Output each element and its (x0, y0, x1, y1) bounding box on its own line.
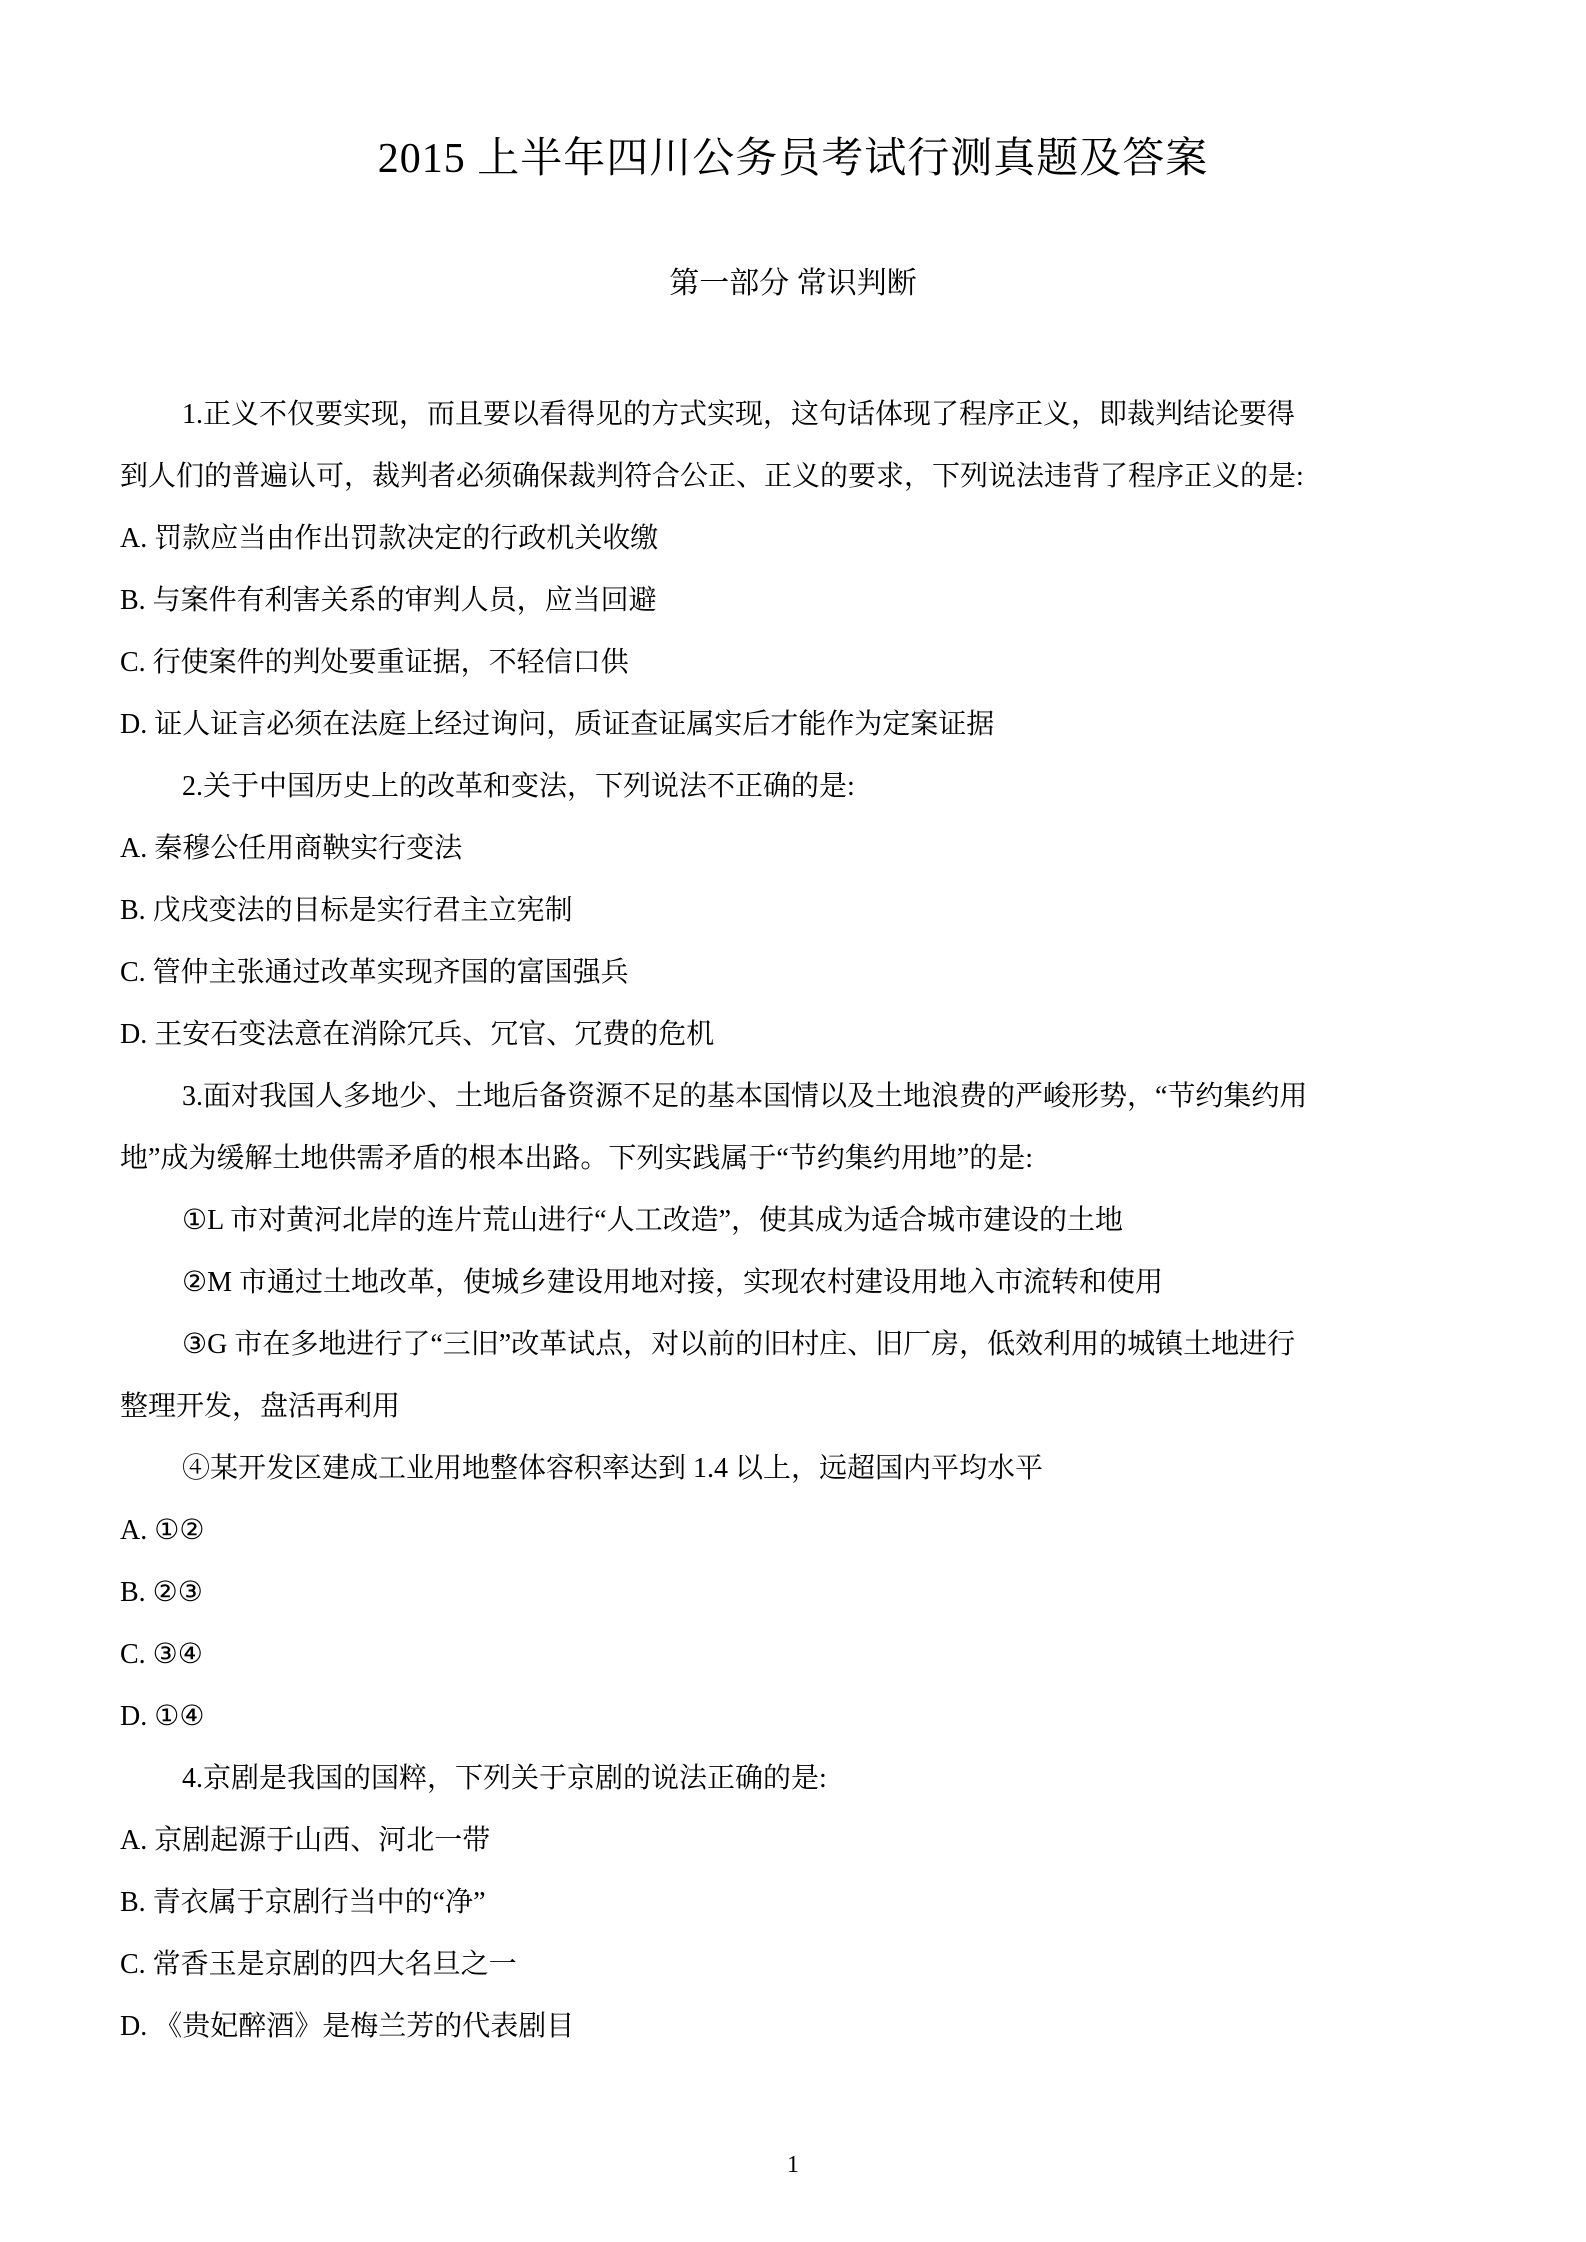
document-title: 2015 上半年四川公务员考试行测真题及答案 (0, 134, 1586, 184)
document-page: 2015 上半年四川公务员考试行测真题及答案 第一部分 常识判断 1.正义不仅要… (0, 0, 1586, 2242)
section-heading: 第一部分 常识判断 (0, 266, 1586, 302)
question-4-option-d: D. 《贵妃醉酒》是梅兰芳的代表剧目 (120, 1996, 1320, 2058)
question-2-option-c: C. 管仲主张通过改革实现齐国的富国强兵 (120, 942, 1320, 1004)
question-4-stem: 4.京剧是我国的国粹，下列关于京剧的说法正确的是: (120, 1748, 1320, 1810)
question-1-option-d: D. 证人证言必须在法庭上经过询问，质证查证属实后才能作为定案证据 (120, 694, 1320, 756)
question-3-option-b: B. ②③ (120, 1562, 1320, 1624)
question-4-option-b: B. 青衣属于京剧行当中的“净” (120, 1872, 1320, 1934)
question-1-option-b: B. 与案件有利害关系的审判人员，应当回避 (120, 570, 1320, 632)
question-3-option-d: D. ①④ (120, 1686, 1320, 1748)
question-3: 3.面对我国人多地少、土地后备资源不足的基本国情以及土地浪费的严峻形势，“节约集… (120, 1066, 1320, 1748)
question-3-subitem-4: ④某开发区建成工业用地整体容积率达到 1.4 以上，远超国内平均水平 (120, 1438, 1320, 1500)
question-3-option-a: A. ①② (120, 1500, 1320, 1562)
question-3-subitem-2: ②M 市通过土地改革，使城乡建设用地对接，实现农村建设用地入市流转和使用 (120, 1252, 1320, 1314)
question-3-stem: 3.面对我国人多地少、土地后备资源不足的基本国情以及土地浪费的严峻形势，“节约集… (120, 1066, 1320, 1190)
question-4-option-a: A. 京剧起源于山西、河北一带 (120, 1810, 1320, 1872)
question-1: 1.正义不仅要实现，而且要以看得见的方式实现，这句话体现了程序正义，即裁判结论要… (120, 384, 1320, 756)
question-4: 4.京剧是我国的国粹，下列关于京剧的说法正确的是: A. 京剧起源于山西、河北一… (120, 1748, 1320, 2058)
question-1-option-c: C. 行使案件的判处要重证据，不轻信口供 (120, 632, 1320, 694)
document-body: 1.正义不仅要实现，而且要以看得见的方式实现，这句话体现了程序正义，即裁判结论要… (120, 384, 1320, 2058)
question-4-option-c: C. 常香玉是京剧的四大名旦之一 (120, 1934, 1320, 1996)
question-3-subitem-3: ③G 市在多地进行了“三旧”改革试点，对以前的旧村庄、旧厂房，低效利用的城镇土地… (120, 1314, 1320, 1438)
question-1-stem: 1.正义不仅要实现，而且要以看得见的方式实现，这句话体现了程序正义，即裁判结论要… (120, 384, 1320, 508)
question-1-option-a: A. 罚款应当由作出罚款决定的行政机关收缴 (120, 508, 1320, 570)
page-number: 1 (0, 2150, 1586, 2180)
question-2-option-b: B. 戊戌变法的目标是实行君主立宪制 (120, 880, 1320, 942)
question-2: 2.关于中国历史上的改革和变法，下列说法不正确的是: A. 秦穆公任用商鞅实行变… (120, 756, 1320, 1066)
question-3-option-c: C. ③④ (120, 1624, 1320, 1686)
question-2-option-a: A. 秦穆公任用商鞅实行变法 (120, 818, 1320, 880)
question-3-subitem-1: ①L 市对黄河北岸的连片荒山进行“人工改造”，使其成为适合城市建设的土地 (120, 1190, 1320, 1252)
question-2-stem: 2.关于中国历史上的改革和变法，下列说法不正确的是: (120, 756, 1320, 818)
question-2-option-d: D. 王安石变法意在消除冗兵、冗官、冗费的危机 (120, 1004, 1320, 1066)
